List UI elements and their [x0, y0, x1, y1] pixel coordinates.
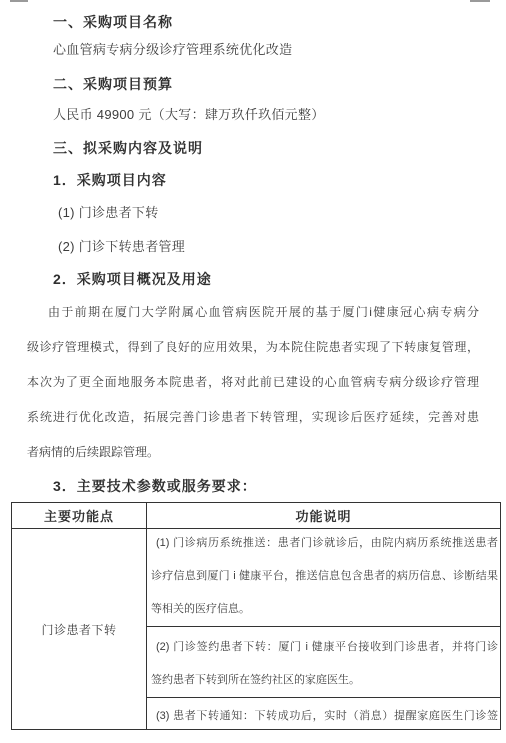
overview-paragraph: 由于前期在厦门大学附属心血管病医院开展的基于厦门i健康冠心病专病分 级诊疗管理模…: [27, 303, 479, 478]
project-name: 心血管病专病分级诊疗管理系统优化改造: [53, 42, 292, 58]
col-header-feature: 主要功能点: [12, 503, 147, 528]
feature-cell: 门诊患者下转: [12, 529, 147, 729]
overview-line: 级诊疗管理模式，得到了良好的应用效果，为本院住院患者实现了下转康复管理，: [27, 338, 479, 373]
spec-line: (2) 门诊签约患者下转：厦门 i 健康平台接收到门诊患者，并将门诊: [151, 639, 498, 672]
content-item-1: (1) 门诊患者下转: [58, 205, 159, 221]
section-3-heading: 三、拟采购内容及说明: [53, 140, 203, 156]
overview-line: 者病情的后续跟踪管理。: [27, 443, 479, 478]
spec-table: 主要功能点 功能说明 门诊患者下转 (1) 门诊病历系统推送：患者门诊就诊后，由…: [11, 502, 501, 730]
table-body: 门诊患者下转 (1) 门诊病历系统推送：患者门诊就诊后，由院内病历系统推送患者 …: [12, 529, 500, 729]
top-edge-artifact-left: [10, 0, 28, 2]
spec-line: 等相关的医疗信息。: [151, 601, 498, 626]
section-1-heading: 一、采购项目名称: [53, 14, 173, 30]
table-header-row: 主要功能点 功能说明: [12, 503, 500, 529]
subsection-3-heading: 3．主要技术参数或服务要求：: [53, 478, 257, 494]
subsection-2-heading: 2．采购项目概况及用途: [53, 271, 212, 287]
spec-row-2: (2) 门诊签约患者下转：厦门 i 健康平台接收到门诊患者，并将门诊 签约患者下…: [147, 626, 500, 697]
content-item-2: (2) 门诊下转患者管理: [58, 239, 185, 255]
spec-line: (1) 门诊病历系统推送：患者门诊就诊后，由院内病历系统推送患者: [151, 535, 498, 568]
spec-row-1: (1) 门诊病历系统推送：患者门诊就诊后，由院内病历系统推送患者 诊疗信息到厦门…: [147, 529, 500, 626]
document-page: 一、采购项目名称 心血管病专病分级诊疗管理系统优化改造 二、采购项目预算 人民币…: [0, 0, 506, 743]
top-edge-artifact-right: [470, 0, 490, 2]
overview-line: 由于前期在厦门大学附属心血管病医院开展的基于厦门i健康冠心病专病分: [27, 303, 479, 338]
section-2-heading: 二、采购项目预算: [53, 76, 173, 92]
budget-amount: 人民币 49900 元（大写：肆万玖仟玖佰元整）: [53, 107, 325, 123]
overview-line: 系统进行优化改造，拓展完善门诊患者下转管理，实现诊后医疗延续，完善对患: [27, 408, 479, 443]
spec-line: 签约患者下转到所在签约社区的家庭医生。: [151, 672, 498, 697]
col-header-description: 功能说明: [147, 503, 500, 528]
subsection-1-heading: 1．采购项目内容: [53, 172, 167, 188]
spec-line: 诊疗信息到厦门 i 健康平台，推送信息包含患者的病历信息、诊断结果: [151, 568, 498, 601]
spec-row-3: (3) 患者下转通知：下转成功后，实时（消息）提醒家庭医生门诊签: [147, 697, 500, 729]
spec-line: (3) 患者下转通知：下转成功后，实时（消息）提醒家庭医生门诊签: [151, 708, 498, 729]
overview-line: 本次为了更全面地服务本院患者，将对此前已建设的心血管病专病分级诊疗管理: [27, 373, 479, 408]
description-column: (1) 门诊病历系统推送：患者门诊就诊后，由院内病历系统推送患者 诊疗信息到厦门…: [147, 529, 500, 729]
